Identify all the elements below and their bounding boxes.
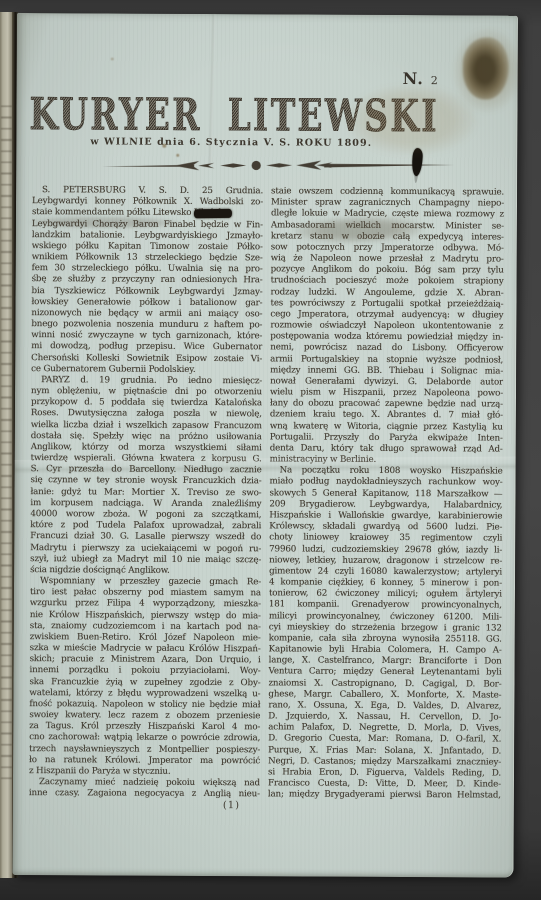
- ink-blot-halo: [452, 27, 522, 113]
- paper-speck: [176, 154, 179, 157]
- text-line: nemi, powrócisz nazad do Lisbony. Officy…: [270, 343, 503, 355]
- text-line: Francuzi dział 30. G. Lasalle pierwszy w…: [30, 531, 261, 543]
- text-line: nie Królow Hiszpańskich, pierwszy wstęp …: [30, 610, 261, 622]
- newspaper-title: KURYER LITEWSKI: [29, 93, 439, 139]
- text-line: Roses. Dwutysięczna załoga poszła w niew…: [31, 409, 262, 421]
- text-line: choty liniowey kraiowey 35 regimentow cz…: [269, 533, 502, 545]
- text-line: znaiomsi X. Castropignano, D. Cagigal, D…: [268, 678, 501, 690]
- newspaper-page: N.2 KURYER LITEWSKI w WILNIE dnia 6. Sty…: [12, 13, 518, 878]
- paper-speck: [313, 759, 316, 762]
- issue-number-value: 2: [431, 74, 438, 87]
- text-line: cno zachorował: wątpią lekarze o powróci…: [29, 732, 260, 744]
- text-line: armii Portugalskiey na stopnie wyższe po…: [270, 354, 503, 366]
- text-line: inne czasy. Zagaiona negocyacya z Anglią…: [29, 788, 260, 800]
- ink-blot-stain: [463, 37, 509, 99]
- text-line: wzgurku przez Filipa 4 wyporządzony, mie…: [30, 598, 261, 610]
- text-line: Chersoński Kolleski Sowietnik Esipow zos…: [31, 353, 262, 365]
- text-line: ska Francuzkie żyią w zupełney zgodzie z…: [29, 677, 260, 689]
- text-line: Ambasadorami wielkich mocarstw. Minister…: [271, 220, 504, 232]
- text-line: 79960 ludzi, cudzoziemskiey 29678 głów, …: [269, 544, 502, 556]
- text-line: innemi porządku i pokoiu przyiaciołami. …: [30, 665, 261, 677]
- page-number: (1): [223, 800, 240, 811]
- text-line: się czynne w tey stronie woysk Francuzki…: [31, 476, 262, 488]
- text-line: wielka liczba dział i wszelkich zapasow …: [31, 420, 262, 432]
- column-right: staie owszem codzienną kommunikacyą spra…: [268, 186, 504, 813]
- text-line: bia Tyszkiewicz Półkownik Leybgwardyi Jz…: [32, 286, 263, 298]
- text-line: mi dowodzą, podług przepisu. Wice Gubern…: [31, 341, 262, 353]
- text-line: wną kwaterę w Witoria, ciągnie przez Kas…: [270, 421, 503, 433]
- text-line: Ventura Carro; między Generał Leytenanta…: [269, 667, 502, 679]
- column-left: S. PETERSBURG V. S. D. 25 Grudnia.Leybgw…: [29, 185, 263, 812]
- dateline: w WILNIE dnia 6. Stycznia V. S. ROKU 180…: [90, 136, 370, 148]
- ornamental-divider: [102, 157, 454, 174]
- text-line: Purque, X. Frias Mar: Solana, X. Jnfanta…: [268, 745, 501, 757]
- text-line: dległe lokuie w Madrycie, częste miewa r…: [271, 209, 504, 221]
- text-line: łanie: gdyż tu Mar: Mortier X. Treviso z…: [30, 487, 261, 499]
- adjacent-page-text-fragments: [1, 102, 12, 782]
- text-line: Madrytu i pierwszy za uciekaiącemi w pog…: [30, 543, 261, 555]
- text-line: D. Gregorio Cuesta, Mar: Romana, D. O-fa…: [268, 734, 501, 746]
- text-line: lan; między Brygadyerami pierwsi Baron H…: [268, 790, 501, 802]
- paper-speck: [466, 587, 470, 591]
- text-line: 181 kompanii. Grenadyerow prowincyonalny…: [269, 600, 502, 612]
- text-line: miało podług naydokładnieyszych rachunko…: [270, 477, 503, 489]
- paper-speck: [111, 57, 114, 60]
- text-line: milicyi prowincyonalney, ćwiczoney 61200…: [269, 611, 502, 623]
- issue-number: N.2: [403, 69, 438, 88]
- text-line: trudnościach pocieszyć może pokoiem stra…: [271, 276, 504, 288]
- text-line: dzeniem kraiu tego. X. Abrantes d. 7 mia…: [270, 410, 503, 422]
- issue-label: N.: [403, 69, 424, 88]
- text-line: trzech naysławnieyszych z Montpellier po…: [29, 744, 260, 756]
- text-line: Leybgwardyi Chorąży Baron Finabel będzie…: [32, 219, 263, 231]
- text-line: rodzay ludzki. W Angouleme, gdzie X. Abr…: [271, 287, 504, 299]
- censored-text-mark: [194, 209, 232, 218]
- paper-speck: [162, 144, 166, 148]
- text-line: śbę ze służby z przyczyny ran odniesiony…: [32, 274, 263, 286]
- scanned-newspaper-page: N.2 KURYER LITEWSKI w WILNIE dnia 6. Sty…: [0, 0, 541, 900]
